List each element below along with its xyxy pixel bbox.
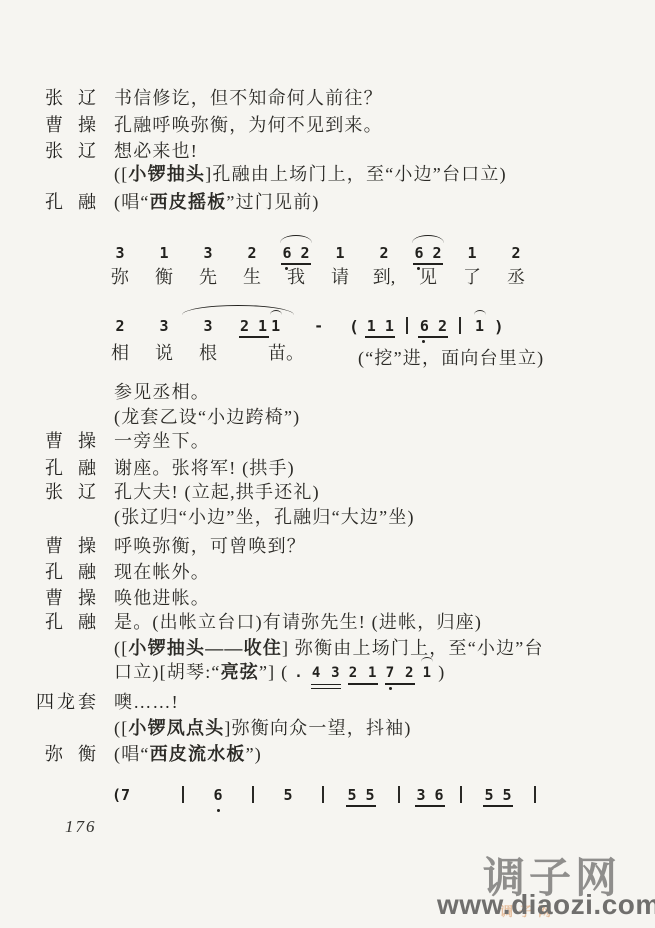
lyric-continuation-text: 参见丞相。 [114, 378, 210, 404]
dialogue-line: 曹操 一旁坐下。 [0, 427, 655, 451]
music-note: 5 5 [462, 787, 534, 804]
dialogue-line: 孔融 是。(出帐立台口)有请弥先生! (进帐，归座) [0, 608, 655, 632]
music-note: 7 2 [386, 665, 415, 682]
percussion-cue: 小锣凤点头 [128, 718, 224, 738]
music-note: 6 2 [274, 245, 318, 262]
cue-post: ”) [246, 744, 262, 764]
music-note: 5 [254, 787, 322, 804]
music-note: 1 [450, 245, 494, 262]
lyric-syllable: 衡 [142, 263, 186, 289]
music-note: 2 [230, 245, 274, 262]
percussion-cue: 小锣抽头 [128, 164, 205, 184]
stage-direction-line: (张辽归“小边”坐，孔融归“大边”坐) [0, 503, 655, 527]
dialogue-line: 张辽 书信修讫，但不知命何人前往？ [0, 84, 655, 108]
music-note: 1 [142, 245, 186, 262]
music-note: 1 [475, 318, 484, 335]
dialogue-line: 孔融 (唱“西皮摇板”过门见前) [0, 188, 655, 212]
speaker-name: 四龙套 [36, 688, 99, 714]
percussion-cue: 小锣抽头——收住 [128, 638, 282, 658]
music-notes-row: 31326 2126 212 [98, 240, 538, 262]
music-note: 1 [318, 245, 362, 262]
dialogue-line: 弥衡 (唱“西皮流水板”) [0, 740, 655, 764]
music-note: 3 [142, 318, 186, 335]
speaker-name: 孔融 [45, 454, 111, 480]
music-note: - [314, 318, 323, 335]
dialogue-text: 噢……! [114, 688, 179, 714]
music-note: 2 1 [349, 665, 378, 682]
direction-pre: 口立)[胡琴:“ [114, 662, 221, 682]
music-note: 3 6 [400, 787, 460, 804]
direction-post: ”] ( [259, 662, 288, 682]
stage-direction-text: ([小锣抽头]孔融由上场门上，至“小边”台口立) [114, 160, 507, 186]
music-note: 6 2 [420, 318, 447, 335]
speaker-name: 曹操 [45, 532, 111, 558]
speaker-name: 张辽 [45, 84, 111, 110]
dialogue-text: 谢座。张将军! (拱手) [114, 454, 295, 480]
dialogue-text: 现在帐外。 [114, 558, 210, 584]
aria-cue-text: (唱“西皮流水板”) [114, 740, 262, 766]
dialogue-line: 曹操 呼唤弥衡，可曾唤到？ [0, 532, 655, 556]
stage-direction-text: (张辽归“小边”坐，孔融归“大边”坐) [114, 503, 415, 529]
speaker-name: 弥衡 [45, 740, 111, 766]
dialogue-text: 是。(出帐立台口)有请弥先生! (进帐，归座) [114, 608, 482, 634]
huqin-cue: 亮弦 [221, 662, 259, 682]
direction-post: ]弥衡向众一望，抖袖) [224, 718, 411, 738]
music-note: ( [349, 318, 359, 335]
watermark-site-url: www.diaozi.com [437, 889, 655, 921]
music-note [406, 317, 408, 334]
music-note: 1 [423, 665, 433, 682]
direction-pre: ([ [114, 718, 128, 738]
lyric-syllable: 到, [362, 263, 406, 289]
lyric-syllable: 我 [274, 263, 318, 289]
stage-direction-text: 口立)[胡琴:“亮弦”] (.4 32 17 21) [114, 658, 445, 684]
stage-direction-line: (“挖”进，面向台里立) [0, 344, 655, 368]
music-note: (7 [110, 787, 182, 804]
qupai-name: 西皮流水板 [150, 744, 246, 764]
dialogue-line: 张辽 孔大夫! (立起,拱手还礼) [0, 478, 655, 502]
direction-post: ]孔融由上场门上，至“小边”台口立) [205, 164, 507, 184]
music-lyrics-row: 弥衡先生我请到,见了丞 [98, 267, 538, 289]
dialogue-line: 四龙套 噢……! [0, 688, 655, 712]
dialogue-line: 曹操 孔融呼唤弥衡，为何不见到来。 [0, 111, 655, 135]
lyric-syllable: 弥 [98, 263, 142, 289]
music-note: ) [494, 318, 504, 335]
dialogue-line: 孔融 谢座。张将军! (拱手) [0, 454, 655, 478]
speaker-name: 曹操 [45, 427, 111, 453]
music-note: 3 [186, 318, 230, 335]
lyric-syllable: 丞 [494, 263, 538, 289]
cue-pre: (唱“ [114, 744, 150, 764]
stage-direction-line: ([小锣凤点头]弥衡向众一望，抖袖) [0, 714, 655, 738]
direction-pre: ([ [114, 638, 128, 658]
stage-direction-line: ([小锣抽头]孔融由上场门上，至“小边”台口立) [0, 160, 655, 184]
inline-music-notes: .4 32 17 21 [294, 665, 434, 682]
direction-pre: ([ [114, 164, 128, 184]
music-note: 4 3 [312, 665, 341, 682]
music-notes-row: 2332 11-(1 16 21) [98, 313, 504, 335]
stage-direction-line: 口立)[胡琴:“亮弦”] (.4 32 17 21) [0, 658, 655, 682]
dialogue-text: 孔大夫! (立起,拱手还礼) [114, 478, 320, 504]
qupai-name: 西皮摇板 [150, 192, 227, 212]
dialogue-line: 孔融 现在帐外。 [0, 558, 655, 582]
lyric-syllable: 先 [186, 263, 230, 289]
music-note: 2 [362, 245, 406, 262]
lyric-syllable: 生 [230, 263, 274, 289]
music-note: 1 [271, 318, 280, 335]
music-note [534, 786, 536, 803]
stage-direction-line: (龙套乙设“小边跨椅”) [0, 403, 655, 427]
speaker-name: 孔融 [45, 558, 111, 584]
music-note: . [294, 665, 304, 682]
music-note: 5 5 [324, 787, 398, 804]
music-note: 6 [184, 787, 252, 804]
music-note: 2 [98, 318, 142, 335]
cue-pre: (唱“ [114, 192, 150, 212]
stage-direction-text: ([小锣凤点头]弥衡向众一望，抖袖) [114, 714, 412, 740]
scanned-script-page: 张辽 书信修讫，但不知命何人前往？ 曹操 孔融呼唤弥衡，为何不见到来。 张辽 想… [0, 0, 655, 928]
speaker-name: 张辽 [45, 478, 111, 504]
music-notes-row: (7655 53 65 5 [110, 782, 536, 804]
music-note: 3 [186, 245, 230, 262]
lyric-syllable: 请 [318, 263, 362, 289]
dialogue-text: 一旁坐下。 [114, 427, 210, 453]
page-number: 176 [65, 817, 97, 837]
dialogue-text: 孔融呼唤弥衡，为何不见到来。 [114, 111, 383, 137]
aria-cue-text: (唱“西皮摇板”过门见前) [114, 188, 320, 214]
speaker-name: 孔融 [45, 608, 111, 634]
speaker-name: 孔融 [45, 188, 111, 214]
cue-post: ”过门见前) [226, 192, 319, 212]
music-note: 1 1 [367, 318, 394, 335]
dialogue-text: 呼唤弥衡，可曾唤到？ [114, 532, 306, 558]
stage-direction-line: ([小锣抽头——收住] 弥衡由上场门上，至“小边”台 [0, 634, 655, 658]
stage-direction-text: (“挖”进，面向台里立) [358, 344, 544, 370]
dialogue-text: 唤他进帐。 [114, 584, 210, 610]
stage-direction-text: (龙套乙设“小边跨椅”) [114, 403, 300, 429]
speaker-name: 曹操 [45, 584, 111, 610]
lyric-syllable: 见 [406, 263, 450, 289]
music-note: 3 [98, 245, 142, 262]
dialogue-line: 张辽 想必来也! [0, 137, 655, 161]
music-note: 2 1 [240, 318, 267, 335]
music-note [459, 317, 461, 334]
music-note: 2 [494, 245, 538, 262]
direction-close: ) [438, 662, 445, 682]
speaker-name: 曹操 [45, 111, 111, 137]
dialogue-line: 曹操 唤他进帐。 [0, 584, 655, 608]
lyric-syllable: 了 [450, 263, 494, 289]
dialogue-text: 书信修讫，但不知命何人前往？ [114, 84, 383, 110]
stage-direction-text: ([小锣抽头——收住] 弥衡由上场门上，至“小边”台 [114, 634, 544, 660]
lyric-continuation-line: 参见丞相。 [0, 378, 655, 402]
direction-post: ] 弥衡由上场门上，至“小边”台 [282, 638, 544, 658]
music-note: 6 2 [406, 245, 450, 262]
